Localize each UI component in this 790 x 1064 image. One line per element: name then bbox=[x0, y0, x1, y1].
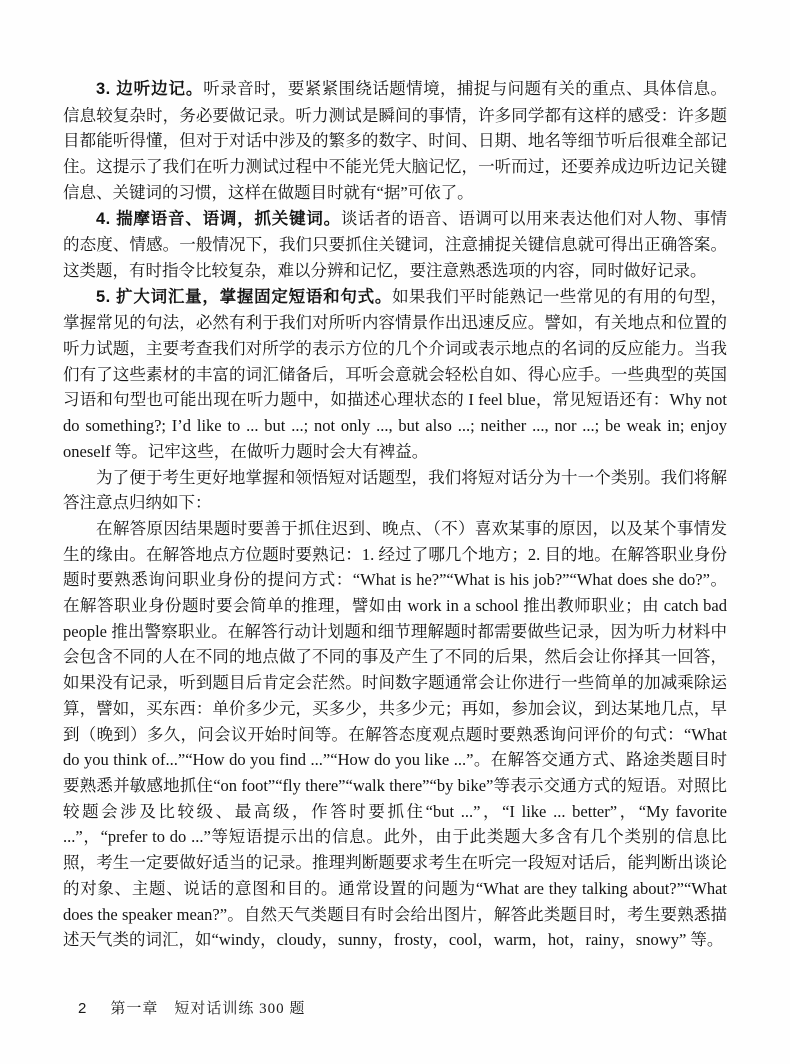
paragraph-tip-3-lead: 3. 边听边记。 bbox=[96, 80, 203, 98]
page-number: 2 bbox=[78, 1000, 86, 1017]
paragraph-answer-notes: 在解答原因结果题时要善于抓住迟到、晚点、（不）喜欢某事的原因，以及某个事情发生的… bbox=[63, 516, 727, 953]
paragraph-tip-5: 5. 扩大词汇量，掌握固定短语和句式。如果我们平时能熟记一些常见的有用的句型，掌… bbox=[63, 284, 727, 465]
paragraph-answer-notes-body: 在解答原因结果题时要善于抓住迟到、晚点、（不）喜欢某事的原因，以及某个事情发生的… bbox=[63, 519, 727, 949]
paragraph-category-intro: 为了便于考生更好地掌握和领悟短对话题型，我们将短对话分为十一个类别。我们将解答注… bbox=[63, 465, 727, 516]
chapter-title: 第一章 短对话训练 300 题 bbox=[110, 997, 305, 1018]
paragraph-tip-5-body: 如果我们平时能熟记一些常见的有用的句型，掌握常见的句法，必然有利于我们对所听内容… bbox=[63, 287, 727, 461]
page-footer: 2 第一章 短对话训练 300 题 bbox=[78, 997, 305, 1018]
paragraph-tip-3: 3. 边听边记。听录音时，要紧紧围绕话题情境，捕捉与问题有关的重点、具体信息。信… bbox=[63, 76, 727, 206]
page-body-text: 3. 边听边记。听录音时，要紧紧围绕话题情境，捕捉与问题有关的重点、具体信息。信… bbox=[63, 76, 727, 953]
paragraph-category-intro-body: 为了便于考生更好地掌握和领悟短对话题型，我们将短对话分为十一个类别。我们将解答注… bbox=[63, 468, 727, 513]
book-page: 3. 边听边记。听录音时，要紧紧围绕话题情境，捕捉与问题有关的重点、具体信息。信… bbox=[0, 0, 790, 1064]
paragraph-tip-5-lead: 5. 扩大词汇量，掌握固定短语和句式。 bbox=[96, 288, 392, 306]
paragraph-tip-4-lead: 4. 揣摩语音、语调，抓关键词。 bbox=[96, 210, 341, 228]
paragraph-tip-4: 4. 揣摩语音、语调，抓关键词。谈话者的语音、语调可以用来表达他们对人物、事情的… bbox=[63, 206, 727, 284]
